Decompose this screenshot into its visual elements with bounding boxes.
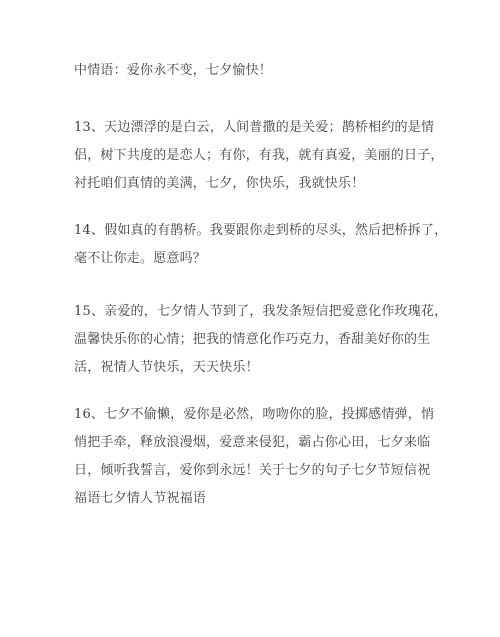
text-line: 16、七夕不偷懒，爱你是必然，吻吻你的脸，投掷感情弹，悄 [74,401,442,429]
intro-line: 中情语：爱你永不变，七夕愉快！ [74,57,442,85]
text-line: 13、天边漂浮的是白云，人间普撒的是关爱；鹊桥相约的是情 [74,114,442,142]
paragraph-item-14: 14、假如真的有鹊桥。我要跟你走到桥的尽头，然后把桥拆了， 毫不让你走。愿意吗？ [74,217,442,273]
text-line: 衬托咱们真情的美满，七夕，你快乐，我就快乐！ [74,170,442,198]
document-page: 中情语：爱你永不变，七夕愉快！ 13、天边漂浮的是白云，人间普撒的是关爱；鹊桥相… [0,0,500,637]
text-line: 14、假如真的有鹊桥。我要跟你走到桥的尽头，然后把桥拆了， [74,217,442,245]
text-line: 悄把手牵，释放浪漫烟，爱意来侵犯，霸占你心田，七夕来临 [74,429,442,457]
text-line: 日，倾听我誓言，爱你到永远！关于七夕的句子七夕节短信祝 [74,457,442,485]
text-line: 福语七夕情人节祝福语 [74,485,442,513]
intro-paragraph: 中情语：爱你永不变，七夕愉快！ [74,57,442,85]
paragraph-item-15: 15、亲爱的，七夕情人节到了，我发条短信把爱意化作玫瑰花， 温馨快乐你的心情；把… [74,298,442,382]
text-line: 侣，树下共度的是恋人；有你，有我，就有真爱，美丽的日子， [74,142,442,170]
paragraph-item-16: 16、七夕不偷懒，爱你是必然，吻吻你的脸，投掷感情弹，悄 悄把手牵，释放浪漫烟，… [74,401,442,513]
text-line: 活，祝情人节快乐，天天快乐！ [74,354,442,382]
text-line: 15、亲爱的，七夕情人节到了，我发条短信把爱意化作玫瑰花， [74,298,442,326]
text-line: 温馨快乐你的心情；把我的情意化作巧克力，香甜美好你的生 [74,326,442,354]
text-line: 毫不让你走。愿意吗？ [74,245,442,273]
paragraph-item-13: 13、天边漂浮的是白云，人间普撒的是关爱；鹊桥相约的是情 侣，树下共度的是恋人；… [74,114,442,198]
